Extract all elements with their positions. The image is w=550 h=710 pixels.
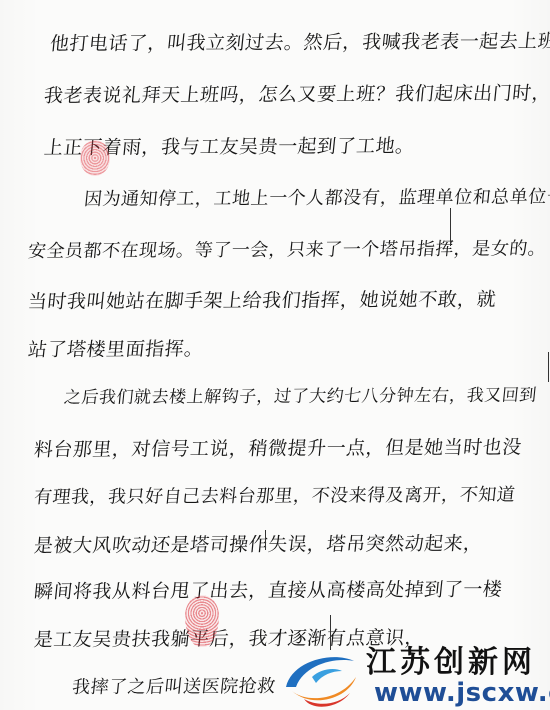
handwritten-line-11: 是被大风吹动还是塔司操作失误，塔吊突然动起来，: [33, 532, 484, 558]
handwritten-line-4: 因为通知停工，工地上一个人都没有，监理单位和总单位一个: [83, 185, 550, 212]
site-watermark: 江苏创新网 www.jscxw.cn: [282, 645, 550, 710]
watermark-site-name: 江苏创新网: [366, 645, 536, 681]
red-fingerprint-icon: [80, 140, 110, 176]
handwritten-line-14: 我摔了之后叫送医院抢救: [71, 675, 277, 700]
handwritten-line-5: 安全员都不在现场。等了一会，只来了一个塔吊指挥，是女的。: [27, 237, 548, 264]
handwritten-line-8: 之后我们就去楼上解钩子，过了大约七八分钟左右，我又回到: [63, 384, 538, 410]
handwritten-line-2: 我老表说礼拜天上班吗，怎么又要上班？我们起床出门时，天: [43, 81, 550, 108]
pen-stroke-mark: [265, 530, 266, 550]
scanned-document-page: 他打电话了，叫我立刻过去。然后，我喊我老表一起去上班 我老表说礼拜天上班吗，怎么…: [0, 0, 550, 710]
handwritten-line-10: 有理我，我只好自己去料台那里，不没来得及离开，不知道: [33, 483, 517, 510]
handwritten-line-12: 瞬间将我从料台甩了出去，直接从高楼高处掉到了一楼: [33, 578, 504, 604]
watermark-logo-icon: [282, 647, 360, 707]
handwritten-line-7: 站了塔楼里面指挥。: [27, 337, 205, 362]
handwritten-line-1: 他打电话了，叫我立刻过去。然后，我喊我老表一起去上班: [49, 29, 550, 56]
handwritten-line-9: 料台那里，对信号工说，稍微提升一点，但是她当时也没: [33, 435, 523, 462]
pen-stroke-mark: [450, 208, 451, 246]
watermark-url: www.jscxw.cn: [374, 678, 550, 708]
pen-stroke-mark: [548, 352, 549, 382]
handwritten-line-6: 当时我叫她站在脚手架上给我们指挥，她说她不敢，就: [27, 288, 498, 314]
